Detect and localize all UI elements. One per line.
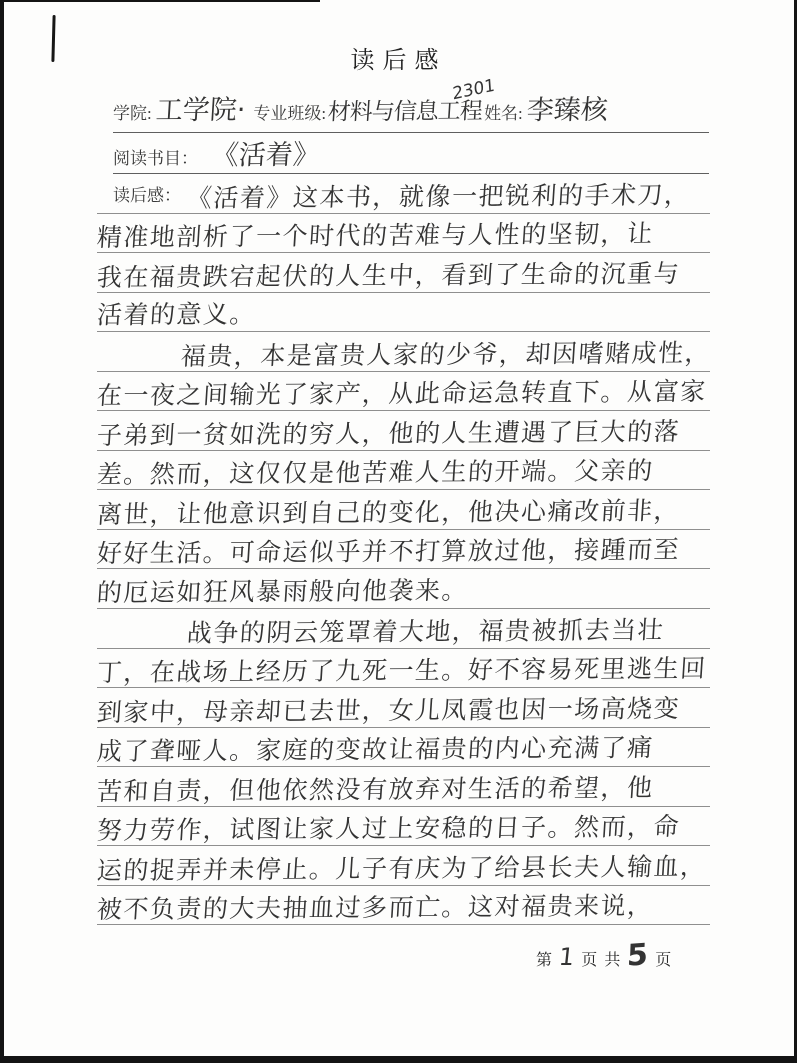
- handwritten-line: 好好生活。可命运似乎并不打算放过他，接踵而至: [97, 530, 710, 570]
- handwritten-line: 战争的阴云笼罩着大地，福贵被抓去当壮: [97, 609, 710, 649]
- scan-edge-top: [0, 0, 320, 2]
- line-text: 到家中，母亲却已去世，女儿凤霞也因一场高烧变: [96, 694, 681, 728]
- handwritten-line: 活着的意义。: [97, 293, 710, 333]
- handwritten-line: 成了聋哑人。家庭的变故让福贵的内心充满了痛: [97, 728, 710, 768]
- line-text: 战争的阴云笼罩着大地，福贵被抓去当壮: [186, 615, 665, 648]
- handwritten-line: 苦和自责，但他依然没有放弃对生活的希望，他: [97, 767, 710, 807]
- college-value-handwritten: 工学院·: [154, 88, 246, 128]
- college-label: 学院:: [113, 99, 152, 124]
- handwritten-line: 运的捉弄并未停止。儿子有庆为了给县长夫人输血，: [97, 846, 710, 886]
- essay-body: 读后感：《活着》这本书，就像一把锐利的手术刀， 精准地剖析了一个时代的苦难与人性…: [97, 174, 710, 925]
- scanned-page: 读后感 2301 学院: 工学院· 专业班级: 材料与信息工程 姓名: 李臻核 …: [0, 0, 797, 1063]
- line-text: 成了聋哑人。家庭的变故让福贵的内心充满了痛: [96, 733, 655, 767]
- line-text: 活着的意义。: [96, 300, 257, 331]
- footer-label-ye1: 页: [581, 947, 597, 970]
- line-text: 差。然而，这仅仅是他苦难人生的开端。父亲的: [96, 456, 655, 490]
- handwritten-line: 精准地剖析了一个时代的苦难与人性的坚韧，让: [97, 214, 710, 254]
- essay-label: 读后感：: [97, 180, 181, 212]
- footer-label-di: 第: [536, 947, 552, 970]
- handwritten-line: 读后感：《活着》这本书，就像一把锐利的手术刀，: [97, 174, 710, 214]
- book-field-row: 阅读书目： 《活着》: [113, 133, 709, 174]
- line-text: 福贵，本是富贵人家的少爷，却因嗜赌成性，: [180, 338, 712, 372]
- major-value-handwritten: 材料与信息工程: [327, 92, 483, 126]
- page-footer: 第 1 页 共 5 页: [536, 938, 671, 973]
- handwritten-line: 被不负责的大夫抽血过多而亡。这对福贵来说，: [97, 886, 710, 926]
- line-text: 精准地剖析了一个时代的苦难与人性的坚韧，让: [96, 219, 655, 253]
- line-text: 好好生活。可命运似乎并不打算放过他，接踵而至: [96, 535, 681, 569]
- footer-label-ye2: 页: [655, 947, 671, 970]
- name-label: 姓名:: [484, 99, 523, 124]
- handwritten-line: 努力劳作，试图让家人过上安稳的日子。然而，命: [97, 807, 710, 847]
- page-title: 读后感: [0, 40, 797, 75]
- book-title-handwritten: 《活着》: [211, 133, 322, 173]
- line-text: 《活着》这本书，就像一把锐利的手术刀，: [186, 180, 692, 214]
- handwritten-line: 到家中，母亲却已去世，女儿凤霞也因一场高烧变: [97, 688, 710, 728]
- header-field-row: 学院: 工学院· 专业班级: 材料与信息工程 姓名: 李臻核: [113, 88, 709, 133]
- line-text: 丁，在战场上经历了九死一生。好不容易死里逃生回: [96, 654, 708, 688]
- major-label: 专业班级:: [253, 99, 326, 124]
- footer-label-gong: 共: [604, 947, 620, 970]
- line-text: 离世，让他意识到自己的变化，他决心痛改前非，: [96, 496, 681, 530]
- scan-edge-left: [0, 0, 4, 1063]
- handwritten-line: 子弟到一贫如洗的穷人，他的人生遭遇了巨大的落: [97, 411, 710, 451]
- handwritten-line: 离世，让他意识到自己的变化，他决心痛改前非，: [97, 490, 710, 530]
- line-text: 运的捉弄并未停止。儿子有庆为了给县长夫人输血，: [96, 852, 708, 886]
- line-text: 子弟到一贫如洗的穷人，他的人生遭遇了巨大的落: [96, 417, 681, 451]
- handwritten-line: 在一夜之间输光了家产，从此命运急转直下。从富家: [97, 372, 710, 412]
- line-text: 被不负责的大夫抽血过多而亡。这对福贵来说，: [96, 891, 655, 925]
- line-text: 苦和自责，但他依然没有放弃对生活的希望，他: [96, 773, 655, 807]
- handwritten-line: 我在福贵跌宕起伏的人生中，看到了生命的沉重与: [97, 253, 710, 293]
- line-text: 努力劳作，试图让家人过上安稳的日子。然而，命: [96, 812, 681, 846]
- page-number-handwritten: 1: [558, 943, 576, 971]
- name-value-handwritten: 李臻核: [526, 88, 609, 128]
- line-text: 在一夜之间输光了家产，从此命运急转直下。从富家: [96, 377, 708, 411]
- handwritten-line: 丁，在战场上经历了九死一生。好不容易死里逃生回: [97, 649, 710, 689]
- total-pages-handwritten: 5: [627, 937, 649, 973]
- handwritten-line: 差。然而，这仅仅是他苦难人生的开端。父亲的: [97, 451, 710, 491]
- book-label: 阅读书目：: [113, 144, 198, 169]
- line-text: 的厄运如狂风暴雨般向他袭来。: [96, 576, 469, 609]
- handwritten-line: 福贵，本是富贵人家的少爷，却因嗜赌成性，: [97, 332, 710, 372]
- handwritten-line: 的厄运如狂风暴雨般向他袭来。: [97, 569, 710, 609]
- line-text: 我在福贵跌宕起伏的人生中，看到了生命的沉重与: [96, 259, 681, 293]
- scan-edge-bottom: [0, 1056, 797, 1063]
